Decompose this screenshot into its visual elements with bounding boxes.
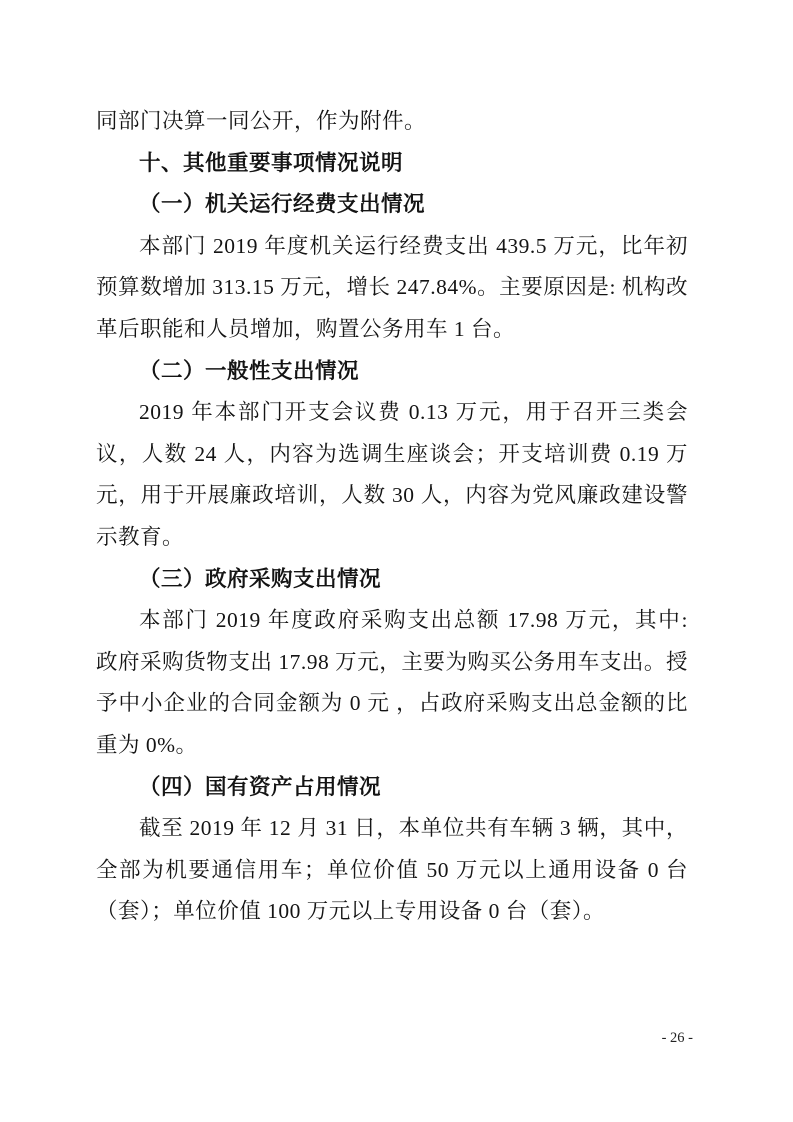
subsection-paragraph-3: 本部门 2019 年度政府采购支出总额 17.98 万元，其中: 政府采购货物支…: [96, 600, 688, 766]
paragraph-continuation: 同部门决算一同公开，作为附件。: [96, 101, 688, 143]
document-body: 同部门决算一同公开，作为附件。 十、其他重要事项情况说明 （一）机关运行经费支出…: [96, 101, 688, 933]
subsection-paragraph-1: 本部门 2019 年度机关运行经费支出 439.5 万元，比年初预算数增加 31…: [96, 226, 688, 351]
subsection-paragraph-4: 截至 2019 年 12 月 31 日，本单位共有车辆 3 辆，其中，全部为机要…: [96, 808, 688, 933]
document-page: 同部门决算一同公开，作为附件。 十、其他重要事项情况说明 （一）机关运行经费支出…: [0, 0, 793, 1122]
subsection-heading-3: （三）政府采购支出情况: [96, 559, 688, 601]
subsection-paragraph-2: 2019 年本部门开支会议费 0.13 万元，用于召开三类会议，人数 24 人，…: [96, 392, 688, 558]
subsection-heading-2: （二）一般性支出情况: [96, 351, 688, 393]
page-number: - 26 -: [662, 1030, 693, 1047]
subsection-heading-4: （四）国有资产占用情况: [96, 767, 688, 809]
section-heading: 十、其他重要事项情况说明: [96, 143, 688, 185]
subsection-heading-1: （一）机关运行经费支出情况: [96, 184, 688, 226]
